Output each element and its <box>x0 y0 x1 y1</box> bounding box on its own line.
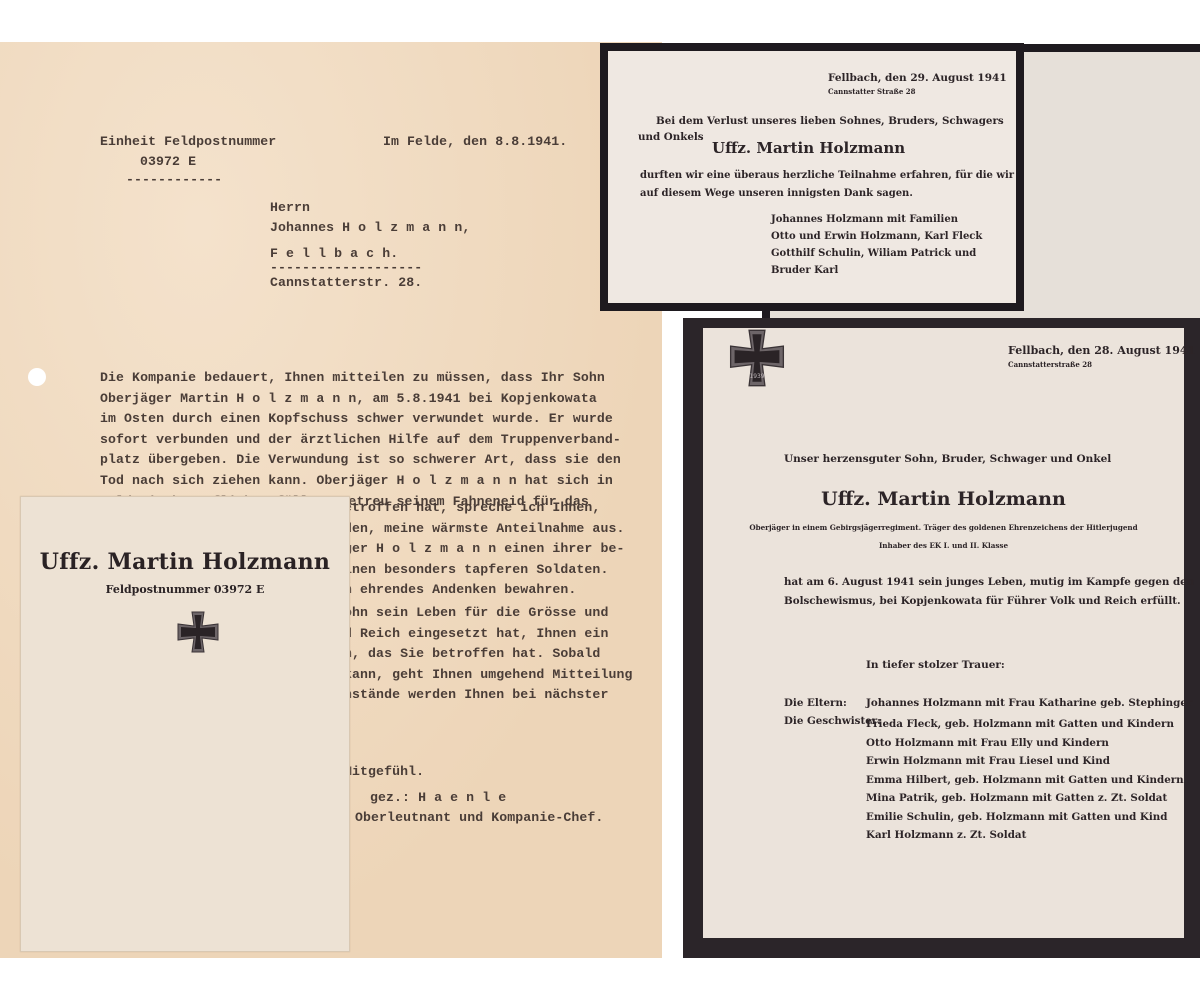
recipient-street: Cannstatterstr. 28. <box>270 273 422 294</box>
siblings-list: Frieda Fleck, geb. Holzmann mit Gatten u… <box>866 715 1184 845</box>
card-feldpost: Feldpostnummer 03972 E <box>21 583 349 596</box>
body-line: etroffen hat, spreche ich Ihnen, <box>344 498 633 519</box>
closing: Mitgefühl. <box>344 762 424 783</box>
thanks-place-date: Fellbach, den 29. August 1941 <box>828 72 1007 84</box>
notice-text-line: hat am 6. August 1941 sein junges Leben,… <box>784 576 1194 588</box>
sibling-entry: Otto Holzmann mit Frau Elly und Kindern <box>866 734 1184 753</box>
recipient-name: Johannes H o l z m a n n, <box>270 218 470 239</box>
body-line: sofort verbunden und der ärztlichen Hilf… <box>100 430 621 451</box>
sibling-entry: Mina Patrik, geb. Holzmann mit Gatten z.… <box>866 789 1184 808</box>
thanks-card: Fellbach, den 29. August 1941 Cannstatte… <box>600 43 1024 311</box>
notice-rank: Oberjäger in einem Gebirgsjägerregiment.… <box>703 523 1184 532</box>
body-line: Tod nach sich ziehen kann. Oberjäger H o… <box>100 471 621 492</box>
thanks-text-line: auf diesem Wege unseren innigsten Dank s… <box>640 188 913 199</box>
thanks-card-paper: Fellbach, den 29. August 1941 Cannstatte… <box>608 51 1016 303</box>
notice-mourning: In tiefer stolzer Trauer: <box>866 659 1005 671</box>
sibling-entry: Emma Hilbert, geb. Holzmann mit Gatten u… <box>866 771 1184 790</box>
body-line: Oberjäger Martin H o l z m a n n, am 5.8… <box>100 389 621 410</box>
thanks-text-line: durften wir eine überaus herzliche Teiln… <box>640 170 1014 181</box>
body-line: ger H o l z m a n n einen ihrer be- <box>344 539 633 560</box>
parents: Johannes Holzmann mit Frau Katharine geb… <box>866 697 1192 709</box>
signature: gez.: H a e n l e <box>370 788 506 809</box>
recipient-salutation: Herrn <box>270 198 310 219</box>
signer: Otto und Erwin Holzmann, Karl Fleck <box>771 228 982 245</box>
notice-address: Cannstatterstraße 28 <box>1008 360 1092 369</box>
sibling-entry: Frieda Fleck, geb. Holzmann mit Gatten u… <box>866 715 1184 734</box>
sibling-entry: Karl Holzmann z. Zt. Soldat <box>866 826 1184 845</box>
body-line: n ehrendes Andenken bewahren. <box>344 580 633 601</box>
iron-cross-icon: 1939 <box>729 329 785 387</box>
letter-body-partial: etroffen hat, spreche ich Ihnen, den, me… <box>344 498 633 706</box>
thanks-intro: und Onkels <box>638 131 704 143</box>
body-line: Die Kompanie bedauert, Ihnen mitteilen z… <box>100 368 621 389</box>
thanks-address: Cannstatter Straße 28 <box>828 87 916 96</box>
punch-hole <box>28 368 46 386</box>
body-line: den, meine wärmste Anteilnahme aus. <box>344 519 633 540</box>
body-line: n, das Sie betroffen hat. Sobald <box>344 644 633 665</box>
place-date: Im Felde, den 8.8.1941. <box>383 132 567 153</box>
signer: Bruder Karl <box>771 262 982 279</box>
body-line: d Reich eingesetzt hat, Ihnen ein <box>344 624 633 645</box>
thanks-intro: Bei dem Verlust unseres lieben Sohnes, B… <box>656 115 1004 127</box>
sibling-entry: Emilie Schulin, geb. Holzmann mit Gatten… <box>866 808 1184 827</box>
notice-text-line: Bolschewismus, bei Kopjenkowata für Führ… <box>784 595 1181 607</box>
parents-label: Die Eltern: <box>784 697 847 709</box>
letter-body: Die Kompanie bedauert, Ihnen mitteilen z… <box>100 368 621 512</box>
body-line: kann, geht Ihnen umgehend Mitteilung <box>344 665 633 686</box>
sender-unit: Einheit Feldpostnummer <box>100 132 276 153</box>
signature-title: Oberleutnant und Kompanie-Chef. <box>355 808 603 829</box>
body-line: nstände werden Ihnen bei nächster <box>344 685 633 706</box>
svg-text:1939: 1939 <box>749 373 764 380</box>
sender-rule: ------------ <box>126 170 222 191</box>
thanks-signers: Johannes Holzmann mit Familien Otto und … <box>771 211 982 279</box>
body-line: inen besonders tapferen Soldaten. <box>344 560 633 581</box>
feldpost-card: Uffz. Martin Holzmann Feldpostnummer 039… <box>20 496 350 952</box>
thanks-name: Uffz. Martin Holzmann <box>712 139 905 157</box>
death-notice: 1939 Fellbach, den 28. August 1941 Canns… <box>683 318 1200 958</box>
notice-paper: 1939 Fellbach, den 28. August 1941 Canns… <box>703 328 1184 938</box>
card-name: Uffz. Martin Holzmann <box>21 549 349 575</box>
notice-award: Inhaber des EK I. und II. Klasse <box>703 541 1184 550</box>
signer: Gotthilf Schulin, Wiliam Patrick und <box>771 245 982 262</box>
iron-cross-icon <box>177 611 219 653</box>
body-line: platz übergeben. Die Verwundung ist so s… <box>100 450 621 471</box>
body-line: im Osten durch einen Kopfschuss schwer v… <box>100 409 621 430</box>
notice-place-date: Fellbach, den 28. August 1941 <box>1008 344 1195 357</box>
notice-intro: Unser herzensguter Sohn, Bruder, Schwage… <box>784 453 1111 465</box>
sibling-entry: Erwin Holzmann mit Frau Liesel und Kind <box>866 752 1184 771</box>
notice-name: Uffz. Martin Holzmann <box>703 488 1184 510</box>
signer: Johannes Holzmann mit Familien <box>771 211 982 228</box>
body-line: ohn sein Leben für die Grösse und <box>344 603 633 624</box>
